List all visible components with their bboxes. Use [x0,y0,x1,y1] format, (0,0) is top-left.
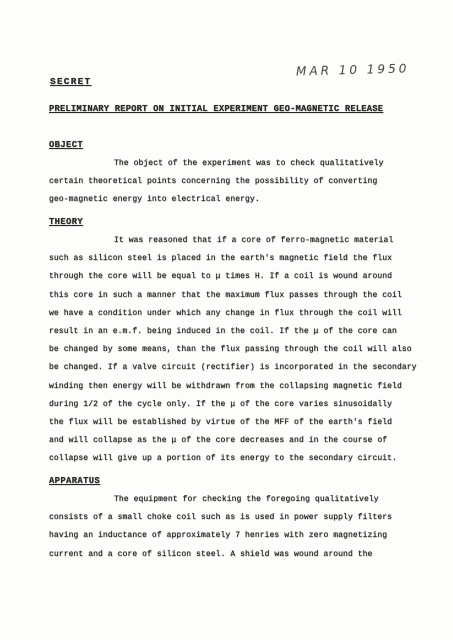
section-apparatus: APPARATUS The equipment for checking the… [49,470,425,564]
object-paragraph: The object of the experiment was to chec… [49,155,425,210]
apparatus-paragraph: The equipment for checking the foregoing… [49,491,425,564]
section-heading-object: OBJECT [49,140,83,150]
section-object: OBJECT The object of the experiment was … [49,134,425,210]
classification-label: SECRET [50,76,91,87]
theory-paragraph: It was reasoned that if a core of ferro-… [49,232,425,469]
section-theory: THEORY It was reasoned that if a core of… [49,211,425,469]
section-heading-apparatus: APPARATUS [49,476,100,486]
date-stamp: MAR 10 1950 [296,62,410,79]
document-title: PRELIMINARY REPORT ON INITIAL EXPERIMENT… [49,104,383,114]
section-heading-theory: THEORY [49,217,83,227]
scanned-document-page: SECRET MAR 10 1950 PRELIMINARY REPORT ON… [0,0,453,640]
